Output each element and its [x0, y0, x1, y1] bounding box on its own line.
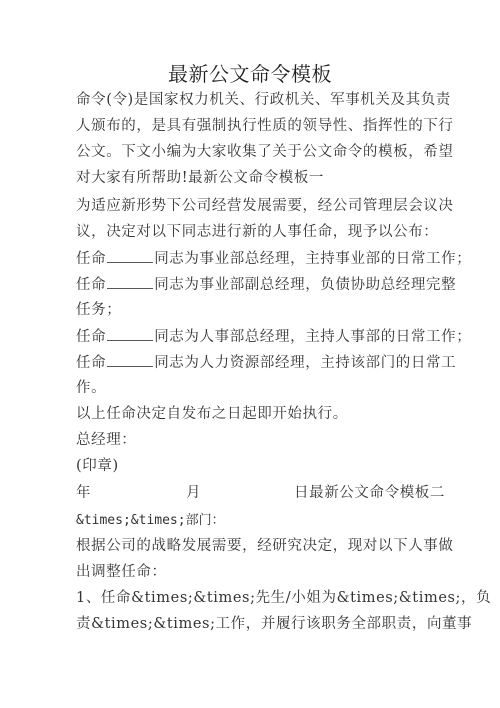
document-title: 最新公文命令模板 [0, 60, 500, 88]
paragraph-line: 公文。下文小编为大家收集了关于公文命令的模板，希望 [76, 142, 436, 162]
document-page: 最新公文命令模板 命令(令)是国家权力机关、行政机关、军事机关及其负责 人颁布的… [0, 0, 500, 708]
name-blank [107, 248, 153, 263]
signature-label: 总经理： [76, 430, 436, 450]
appointment-text: 同志为人事部总经理，主持人事部的日常工作； [154, 329, 471, 345]
name-blank [107, 274, 153, 289]
appointment-line: 任命同志为人事部总经理，主持人事部的日常工作； [76, 326, 436, 347]
appoint-prefix: 任命 [76, 355, 106, 371]
appointment-text: 同志为人力资源部经理，主持该部门的日常工 [154, 355, 456, 371]
paragraph-line: 对大家有所帮助!最新公文命令模板一 [76, 168, 436, 188]
date-day-heading: 日最新公文命令模板二 [294, 485, 445, 501]
seal-label: (印章) [76, 456, 436, 476]
date-year: 年 [76, 483, 186, 503]
paragraph-line: 根据公司的战略发展需要，经研究决定，现对以下人事做 [76, 536, 436, 556]
appointment-text: 同志为事业部总经理，主持事业部的日常工作； [154, 251, 471, 267]
paragraph-line: 议，决定对以下同志进行新的人事任命，现予以公布： [76, 222, 436, 242]
date-month: 月 [186, 483, 294, 503]
appointment-line: 任命同志为事业部总经理，主持事业部的日常工作； [76, 248, 436, 269]
paragraph-line: 任务； [76, 300, 436, 320]
paragraph-line: 人颁布的，是具有强制执行性质的领导性、指挥性的下行 [76, 116, 436, 136]
paragraph-line: 为适应新形势下公司经营发展需要，经公司管理层会议决 [76, 196, 436, 216]
paragraph-line: 责&times;&times;工作，并履行该职务全部职责，向董事 [76, 614, 436, 634]
paragraph-line: 以上任命决定自发布之日起即开始执行。 [76, 404, 436, 424]
appointment-line: 任命同志为人力资源部经理，主持该部门的日常工 [76, 352, 436, 373]
department-line: &times;&times;部门： [76, 510, 436, 531]
paragraph-line: 命令(令)是国家权力机关、行政机关、军事机关及其负责 [76, 90, 436, 110]
name-blank [107, 352, 153, 367]
appoint-prefix: 任命 [76, 329, 106, 345]
appointment-line: 任命同志为事业部副总经理，负债协助总经理完整 [76, 274, 436, 295]
appoint-prefix: 任命 [76, 277, 106, 293]
department-label: &times;&times;部门： [76, 513, 225, 528]
name-blank [107, 326, 153, 341]
appoint-prefix: 任命 [76, 251, 106, 267]
paragraph-line: 出调整任命： [76, 562, 436, 582]
appointment-text: 同志为事业部副总经理，负债协助总经理完整 [154, 277, 456, 293]
paragraph-line: 作。 [76, 378, 436, 398]
paragraph-line: 1、任命&times;&times;先生/小姐为&times;&times;，负 [76, 588, 436, 608]
date-line: 年月日最新公文命令模板二 [76, 483, 436, 503]
